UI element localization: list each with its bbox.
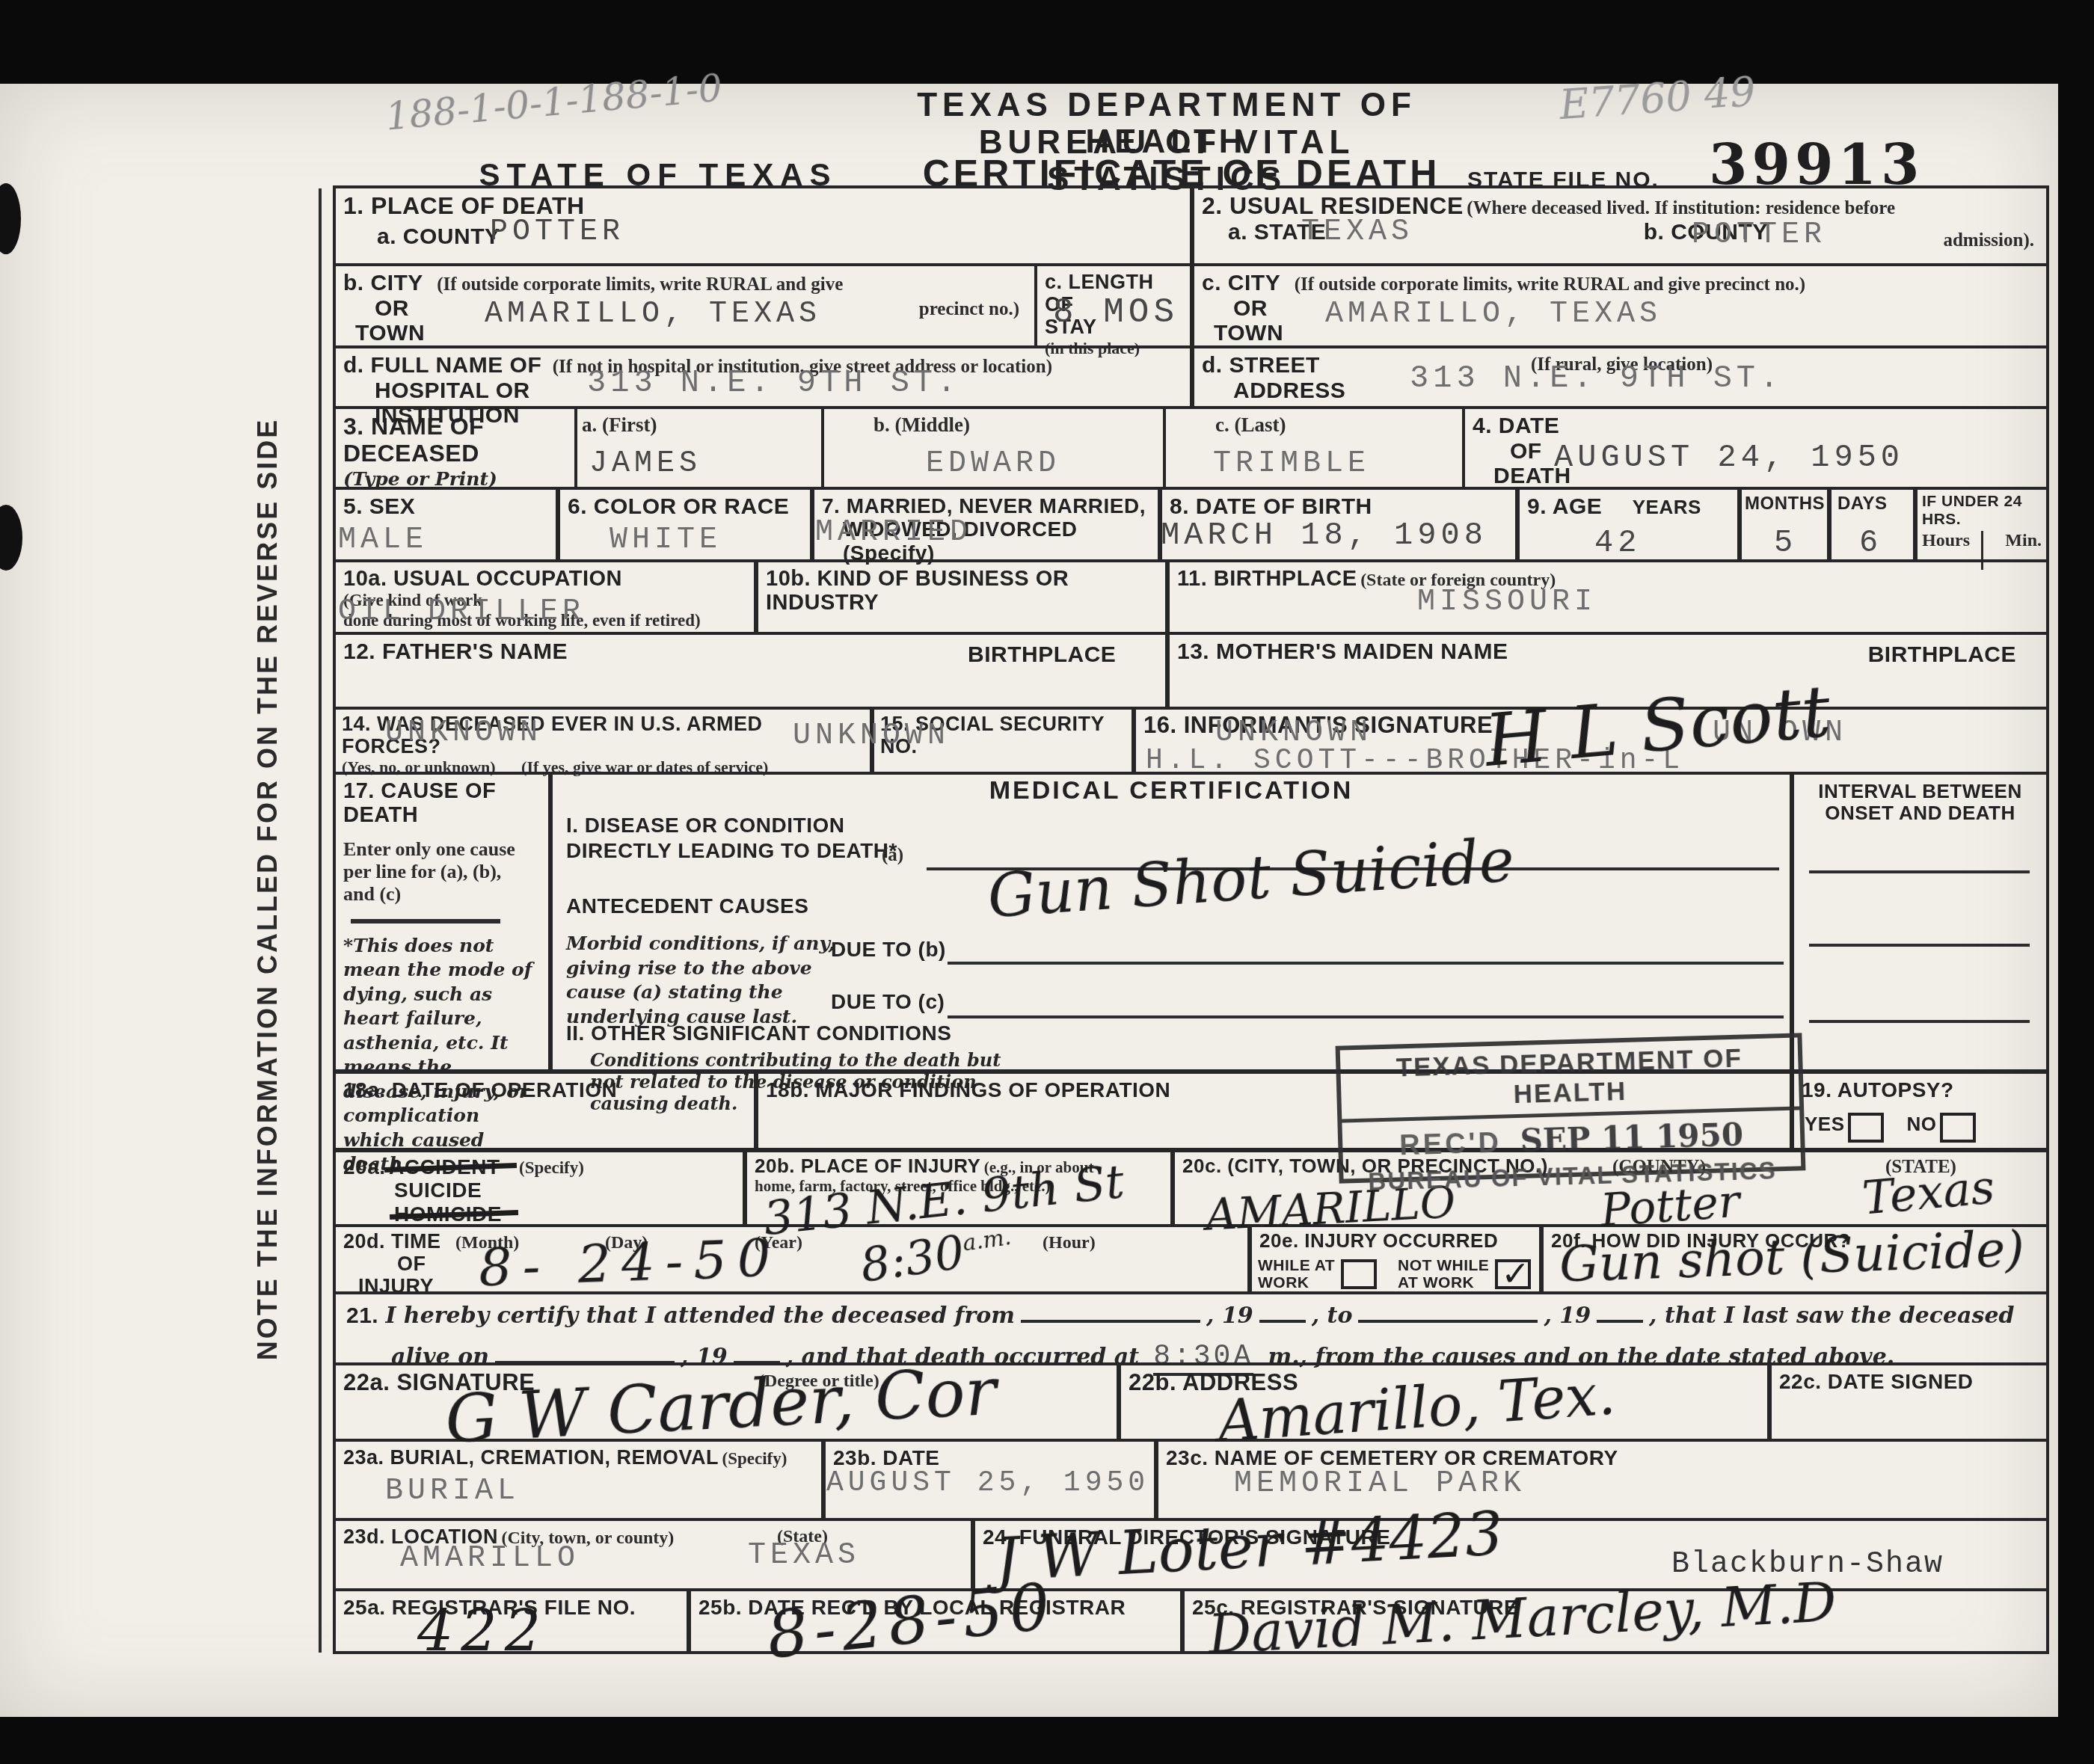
field-label: 6. COLOR OR RACE (568, 494, 789, 520)
stamp-line1: TEXAS DEPARTMENT OF HEALTH (1340, 1042, 1799, 1122)
middle-name-value: EDWARD (926, 447, 1060, 481)
field-accident-suicide-homicide: 20a. ACCIDENT (Specify) SUICIDE HOMICIDE (333, 1149, 746, 1227)
field-autopsy: 19. AUTOPSY? YES NO (1791, 1071, 2049, 1151)
field-label: 3. NAME OF (343, 414, 484, 440)
field-label: 17. CAUSE OF DEATH (343, 779, 541, 828)
field-label: TOWN (1214, 321, 1283, 346)
field-note: admission). (1943, 230, 2034, 252)
date-of-death-value: AUGUST 24, 1950 (1554, 440, 1904, 476)
scan-edge-bottom (0, 1717, 2094, 1764)
age-months-value: 5 (1774, 525, 1797, 561)
field-label: 20d. TIME (343, 1230, 441, 1253)
field-label: 5. SEX (343, 494, 415, 520)
field-label: 12. FATHER'S NAME (343, 639, 568, 665)
field-label: 10b. KIND OF BUSINESS OR INDUSTRY (766, 567, 1158, 615)
death-certificate-scan: NOTE THE INFORMATION CALLED FOR ON THE R… (0, 0, 2094, 1764)
field-label: BIRTHPLACE (1868, 642, 2016, 668)
field-label: 18b. MAJOR FINDINGS OF OPERATION (766, 1078, 1170, 1101)
field-label: YEARS (1633, 497, 1701, 518)
field-label: DAYS (1837, 494, 1887, 514)
father-birthplace-value: UNKNOWN (793, 719, 950, 753)
field-date-signed: 22c. DATE SIGNED (1769, 1362, 2049, 1442)
field-label: 13. MOTHER'S MAIDEN NAME (1177, 639, 1508, 665)
burial-city-value: AMARILLO (400, 1542, 580, 1576)
field-label: OF (397, 1253, 426, 1275)
field-label: INTERVAL BETWEEN (1797, 781, 2043, 802)
father-name-value: UNKNOWN (385, 716, 542, 750)
field-label: 18a. DATE OF OPERATION (343, 1078, 617, 1101)
autopsy-no-label: NO (1906, 1113, 1936, 1135)
field-label: 20a. (343, 1155, 386, 1178)
blank-line-b (948, 962, 1784, 965)
label-line: WORK (1258, 1274, 1309, 1291)
field-note: (If outside corporate limits, write RURA… (1295, 274, 1805, 296)
label-line: NOT WHILE (1398, 1257, 1489, 1274)
field-label: 10a. USUAL OCCUPATION (343, 567, 622, 591)
field-label: ANTECEDENT CAUSES (566, 894, 808, 918)
field-label: 11. BIRTHPLACE (1177, 567, 1357, 591)
stamp-recd: REC'D (1399, 1128, 1502, 1162)
field-interval-onset-death: INTERVAL BETWEEN ONSET AND DEATH (1791, 772, 2049, 1072)
field-kind-of-business: 10b. KIND OF BUSINESS OR INDUSTRY (755, 559, 1168, 635)
field-label: I. DISEASE OR CONDITION (566, 814, 844, 837)
blank-line (1809, 1020, 2030, 1023)
field-label: HOSPITAL OR (375, 378, 530, 404)
field-label: 22c. DATE SIGNED (1779, 1370, 1974, 1393)
section-title: MEDICAL CERTIFICATION (553, 776, 1790, 805)
blank-line-c (948, 1015, 1784, 1018)
autopsy-no-checkbox[interactable] (1940, 1113, 1976, 1143)
field-label: b. CITY (343, 271, 423, 296)
not-while-at-work-checkbox[interactable]: ✓ (1495, 1259, 1531, 1289)
check-mark: ✓ (1501, 1253, 1530, 1294)
field-label: 7. MARRIED, NEVER MARRIED, (822, 494, 1146, 517)
field-place-of-death: 1. PLACE OF DEATH a. COUNTY (333, 185, 1193, 266)
field-label: ONSET AND DEATH (1797, 802, 2043, 824)
marital-status-value: MARRIED (815, 516, 972, 550)
burial-type-value: BURIAL (385, 1475, 520, 1508)
injury-date-handwritten: 8- 24-50 (478, 1227, 782, 1299)
field-label: OR (1233, 296, 1268, 322)
field-label: b. (Middle) (873, 414, 970, 437)
age-days-value: 6 (1859, 525, 1882, 561)
field-note: (Hour) (1043, 1233, 1096, 1254)
residence-state-value: TEXAS (1301, 215, 1413, 249)
statement-text: I hereby certify that I attended the dec… (385, 1301, 1015, 1330)
ampm-text: a.m. (961, 1224, 1013, 1257)
field-label: 8. DATE OF BIRTH (1170, 494, 1372, 520)
field-note: (If outside corporate limits, write RURA… (437, 274, 843, 296)
field-label: DUE TO (b) (831, 938, 946, 961)
county-of-death-value: POTTER (490, 215, 624, 249)
field-label: DECEASED (343, 440, 479, 467)
field-note: precinct no.) (919, 299, 1019, 321)
statement-text: , 19 (1206, 1301, 1253, 1330)
age-years-value: 42 (1594, 525, 1641, 561)
field-fathers-name: 12. FATHER'S NAME BIRTHPLACE (333, 632, 1168, 710)
last-name-value: TRIMBLE (1213, 447, 1370, 481)
date-of-birth-value: MARCH 18, 1908 (1161, 517, 1487, 553)
blank-line (1809, 870, 2030, 873)
field-label: IF UNDER 24 HRS. (1922, 493, 2042, 528)
form-double-rule (319, 188, 322, 1653)
field-label: MONTHS (1745, 494, 1825, 514)
field-birthplace: 11. BIRTHPLACE (State or foreign country… (1167, 559, 2049, 635)
injury-state-handwritten: Texas (1860, 1159, 1997, 1225)
first-name-value: JAMES (589, 447, 701, 481)
cemetery-value: MEMORIAL PARK (1234, 1467, 1526, 1501)
field-label: d. STREET (1202, 353, 1320, 378)
autopsy-yes-label: YES (1805, 1113, 1845, 1135)
field-label: 9. AGE (1527, 494, 1602, 520)
option-suicide: SUICIDE (394, 1178, 482, 1202)
field-note: (Specify) (519, 1158, 584, 1178)
field-note: Enter only one cause per line for (a), (… (343, 838, 530, 906)
field-label: d. FULL NAME OF (343, 353, 541, 378)
residence-city-value: AMARILLO, TEXAS (1325, 298, 1662, 331)
field-note: (Where deceased lived. If institution: r… (1467, 198, 1895, 220)
race-value: WHITE (610, 523, 722, 557)
registrar-file-no-handwritten: 422 (417, 1597, 548, 1664)
field-label: OF (1510, 439, 1542, 464)
field-name-of-deceased: 3. NAME OF DECEASED (Type or Print) (333, 406, 577, 490)
autopsy-yes-checkbox[interactable] (1848, 1113, 1884, 1143)
medical-certification: MEDICAL CERTIFICATION I. DISEASE OR COND… (550, 772, 1793, 1072)
statement-text: , 19 (1544, 1301, 1591, 1330)
scan-edge-top (0, 0, 2094, 84)
item-number: 21. (346, 1303, 378, 1329)
field-date-of-operation: 18a. DATE OF OPERATION (333, 1071, 757, 1151)
occupation-value: OIL DRILLER (338, 595, 585, 629)
field-label: a. (First) (582, 414, 657, 437)
birthplace-value: MISSOURI (1417, 586, 1597, 619)
burial-state-value: TEXAS (748, 1539, 860, 1573)
field-cause-of-death: 17. CAUSE OF DEATH Enter only one cause … (333, 772, 551, 1072)
burial-date-value: AUGUST 25, 1950 (826, 1467, 1149, 1499)
field-certify-statement: 21. I hereby certify that I attended the… (333, 1291, 2049, 1365)
institution-address-value: 313 N.E. 9TH ST. (587, 365, 960, 401)
field-label: 19. AUTOPSY? (1802, 1078, 1954, 1101)
statement-text: , to (1312, 1301, 1353, 1330)
length-of-stay-value: 8 MOS (1053, 293, 1179, 332)
field-label: (a) (882, 845, 903, 867)
statement-text: , that I last saw the deceased (1649, 1301, 2014, 1330)
while-at-work-label: WHILE AT WORK (1258, 1257, 1335, 1291)
scan-edge-right (2058, 0, 2094, 1764)
field-label: 4. DATE (1473, 414, 1559, 439)
field-note: Morbid conditions, if any, giving rise t… (566, 932, 835, 1029)
residence-county-value: POTTER (1692, 218, 1826, 252)
option-homicide: HOMICIDE (394, 1202, 502, 1226)
divider (351, 919, 500, 924)
city-of-death-value: AMARILLO, TEXAS (485, 298, 821, 331)
sex-value: MALE (338, 523, 428, 557)
field-label: a. COUNTY (377, 224, 500, 250)
label-line: AT WORK (1398, 1274, 1474, 1291)
field-label: BIRTHPLACE (968, 642, 1116, 668)
field-label: II. OTHER SIGNIFICANT CONDITIONS (566, 1021, 951, 1045)
margin-note: NOTE THE INFORMATION CALLED FOR ON THE R… (252, 343, 283, 1435)
residence-address-value: 313 N.E. 9TH ST. (1410, 360, 1783, 396)
field-label: TOWN (355, 321, 425, 346)
field-label: DIRECTLY LEADING TO DEATH* (566, 839, 897, 862)
option-accident: ACCIDENT (389, 1155, 500, 1178)
field-label: c. CITY (1202, 271, 1280, 296)
field-label: DUE TO (c) (831, 990, 945, 1013)
received-stamp: TEXAS DEPARTMENT OF HEALTH REC'D SEP 11 … (1336, 1033, 1806, 1183)
field-note: (Specify) (722, 1449, 787, 1469)
label-line: WHILE AT (1258, 1257, 1335, 1274)
field-label: c. (Last) (1215, 414, 1286, 437)
while-at-work-checkbox[interactable] (1341, 1259, 1377, 1289)
field-label: ADDRESS (1233, 378, 1345, 404)
not-while-at-work-label: NOT WHILE AT WORK (1398, 1257, 1489, 1291)
field-age-under-24hrs: IF UNDER 24 HRS. Hours Min. (1915, 487, 2049, 562)
blank-line (1809, 944, 2030, 947)
stamp-date: SEP 11 1950 (1520, 1116, 1744, 1159)
field-label: 23b. DATE (833, 1446, 939, 1469)
field-label: OR (375, 296, 409, 322)
